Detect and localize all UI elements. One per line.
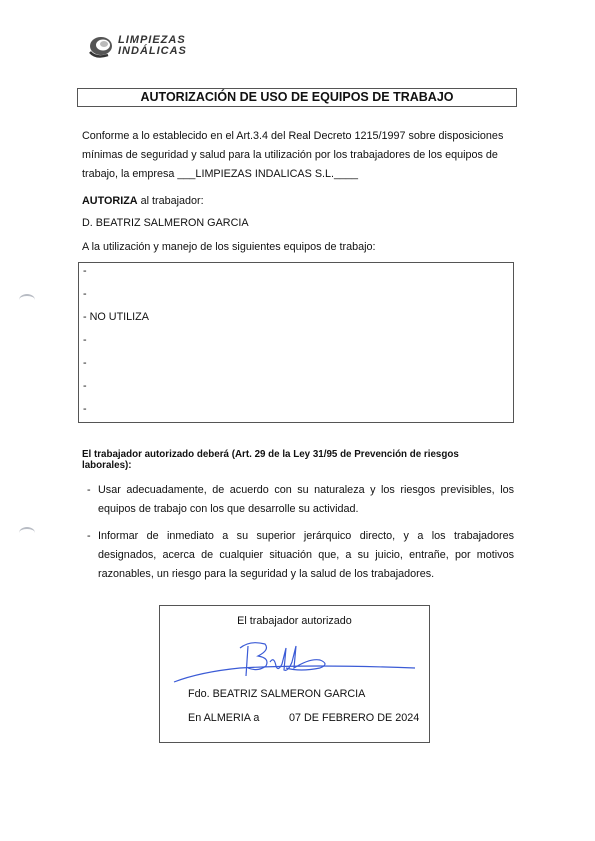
company-logo-text: LIMPIEZAS INDÁLICAS — [118, 35, 187, 57]
equipment-item: - — [83, 265, 87, 277]
intro-paragraph: Conforme a lo establecido en el Art.3.4 … — [82, 127, 517, 184]
duty-item: - Informar de inmediato a su superior je… — [82, 527, 514, 584]
equipment-item: - — [83, 380, 87, 392]
signature-box: El trabajador autorizado Fdo. BEATRIZ SA… — [159, 605, 430, 743]
authorize-keyword: AUTORIZA — [82, 195, 138, 207]
company-logo-icon — [88, 34, 114, 60]
equipment-item: - — [83, 334, 87, 346]
signing-date: 07 DE FEBRERO DE 2024 — [289, 712, 419, 724]
logo-line-2: INDÁLICAS — [118, 46, 187, 57]
duty-text: Usar adecuadamente, de acuerdo con su na… — [98, 481, 514, 519]
authorize-line: AUTORIZA al trabajador: — [82, 192, 517, 211]
duty-item: - Usar adecuadamente, de acuerdo con su … — [82, 481, 514, 519]
equipment-label: A la utilización y manejo de los siguien… — [82, 238, 517, 257]
worker-name: D. BEATRIZ SALMERON GARCIA — [82, 214, 517, 233]
equipment-item: - — [83, 403, 87, 415]
equipment-item: - NO UTILIZA — [83, 311, 149, 323]
signing-place: En ALMERIA a — [188, 712, 259, 724]
bullet-dash: - — [87, 481, 91, 500]
signed-by: Fdo. BEATRIZ SALMERON GARCIA — [188, 688, 365, 700]
equipment-item: - — [83, 288, 87, 300]
punch-hole-mark — [19, 294, 35, 306]
signature-box-title: El trabajador autorizado — [160, 615, 429, 627]
bullet-dash: - — [87, 527, 91, 546]
punch-hole-mark — [19, 527, 35, 539]
duty-text: Informar de inmediato a su superior jerá… — [98, 527, 514, 584]
handwritten-signature — [170, 638, 420, 686]
duties-heading: El trabajador autorizado deberá (Art. 29… — [82, 449, 482, 471]
document-title: AUTORIZACIÓN DE USO DE EQUIPOS DE TRABAJ… — [77, 88, 517, 107]
equipment-item: - — [83, 357, 87, 369]
equipment-list-box: - - - NO UTILIZA - - - - — [78, 262, 514, 423]
authorize-rest: al trabajador: — [138, 195, 204, 207]
company-logo: LIMPIEZAS INDÁLICAS — [88, 32, 218, 64]
